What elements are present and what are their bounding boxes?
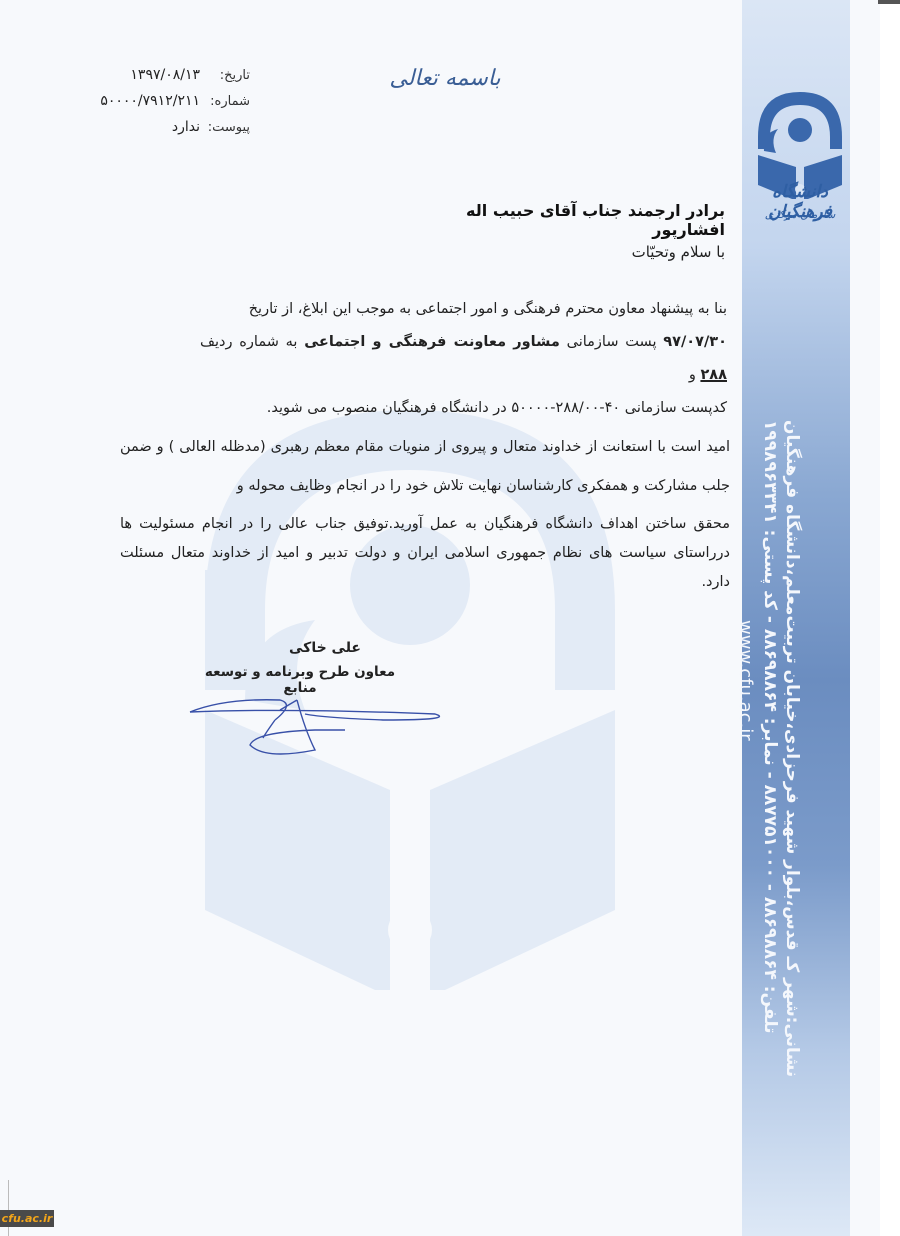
paragraph-line: ۹۷/۰۷/۳۰ پست سازمانی مشاور معاونت فرهنگی… — [200, 326, 727, 392]
date-label: تاریخ: — [208, 68, 250, 83]
text-fragment: به شماره ردیف — [200, 334, 304, 350]
meta-attachment-row: پیوست: ندارد — [60, 114, 250, 140]
number-value: ۵۰۰۰۰/۷۹۱۲/۲۱۱ — [100, 93, 208, 109]
text-fragment: و — [689, 367, 701, 383]
number-label: شماره: — [208, 94, 250, 109]
website-link[interactable]: www.cfu.ac.ir — [735, 620, 756, 741]
scan-edge-mark — [878, 0, 900, 4]
meta-number-row: شماره: ۵۰۰۰۰/۷۹۱۲/۲۱۱ — [60, 88, 250, 114]
meta-date-row: تاریخ: ۱۳۹۷/۰۸/۱۳ — [60, 62, 250, 88]
text-fragment: پست سازمانی — [560, 334, 663, 350]
letterhead-contact-block: نشانی:شهر کـ قدس،بلوار شهید فرحزادی،خیاب… — [756, 420, 856, 980]
basmala-heading: باسمه تعالی — [385, 66, 505, 91]
signature-icon — [185, 690, 445, 760]
greeting-line: با سلام وتحیّات — [500, 243, 725, 261]
logo-subtitle: سازمان مرکزی — [740, 208, 860, 221]
row-number: ۲۸۸ — [700, 367, 727, 383]
date-value: ۱۳۹۷/۰۸/۱۳ — [130, 67, 208, 83]
paragraph-closing: محقق ساختن اهداف دانشگاه فرهنگیان به عمل… — [120, 510, 730, 597]
paragraph-hope: امید است با استعانت از خداوند متعال و پی… — [120, 428, 730, 506]
letter-meta: تاریخ: ۱۳۹۷/۰۸/۱۳ شماره: ۵۰۰۰۰/۷۹۱۲/۲۱۱ … — [60, 62, 250, 140]
scan-edge-line — [8, 1180, 9, 1236]
effective-date: ۹۷/۰۷/۳۰ — [663, 334, 727, 350]
attachment-label: پیوست: — [208, 120, 250, 135]
address-line: نشانی:شهر کـ قدس،بلوار شهید فرحزادی،خیاب… — [782, 420, 802, 1077]
signatory-name: علی خاکی — [250, 640, 400, 656]
site-badge[interactable]: cfu.ac.ir — [0, 1210, 54, 1227]
paragraph-line: کدپست سازمانی ۴۰-۲۸۸/۰۰-۵۰۰۰۰ در دانشگاه… — [200, 392, 727, 425]
attachment-value: ندارد — [172, 119, 208, 135]
paragraph-appointment: بنا به پیشنهاد معاون محترم فرهنگی و امور… — [200, 293, 727, 425]
scan-margin — [880, 0, 900, 1236]
position-title: مشاور معاونت فرهنگی و اجتماعی — [304, 334, 560, 350]
recipient-line: برادر ارجمند جناب آقای حبیب اله افشارپور — [400, 201, 725, 239]
paragraph-line: بنا به پیشنهاد معاون محترم فرهنگی و امور… — [200, 293, 727, 326]
phone-line: تلفن: ۸۸۶۹۸۸۶۴ - ۸۸۷۷۵۱۰۰۰ - نمابر: ۸۸۶۹… — [760, 420, 780, 1033]
